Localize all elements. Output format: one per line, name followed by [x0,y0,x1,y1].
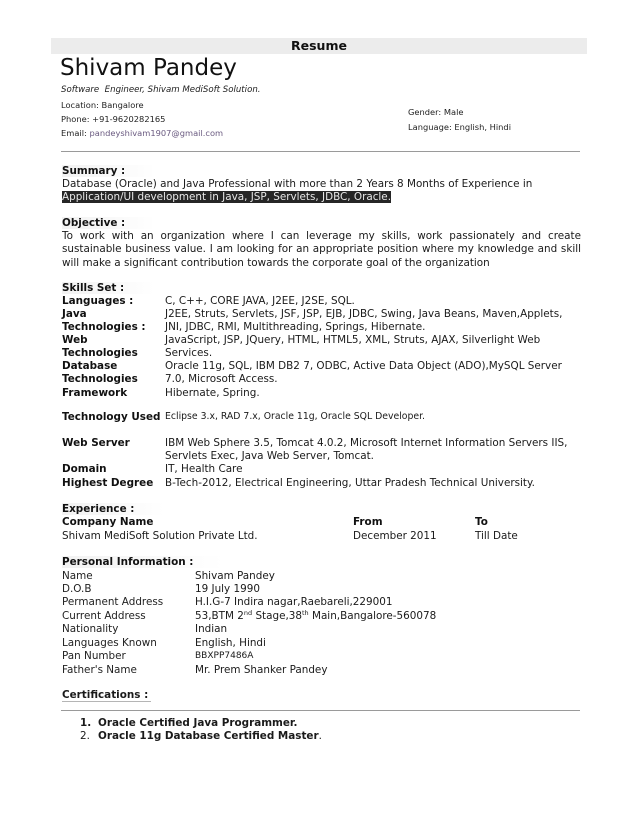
personal-label: Permanent Address [62,596,163,609]
gender-value: Male [444,107,464,117]
phone-value: +91-9620282165 [92,114,165,124]
language-value: English, Hindi [454,122,511,132]
experience-heading: Experience : [62,503,164,515]
experience-to: Till Date [475,530,518,542]
certification-text: Oracle 11g Database Certified Master [98,730,319,742]
personal-row-current-address: Current Address 53,BTM 2nd Stage,38th Ma… [62,610,582,623]
resume-title: Resume [51,38,587,54]
summary-heading: Summary : [62,165,155,177]
personal-row-name: Name Shivam Pandey [62,570,582,583]
personal-row-languages: Languages Known English, Hindi [62,637,582,650]
personal-value: 53,BTM 2nd Stage,38th Main,Bangalore-560… [195,610,436,623]
personal-label: Pan Number [62,650,126,663]
email-label: Email: [61,128,87,138]
ordinal-suffix: th [302,609,309,617]
location-label: Location: [61,100,99,110]
skill-value: Hibernate, Spring. [165,387,580,400]
objective-heading: Objective : [62,217,155,229]
skill-label: Java Technologies : [62,308,162,334]
personal-label: Name [62,570,93,583]
gender-line: Gender: Male [408,107,464,117]
personal-row-permanent-address: Permanent Address H.I.G-7 Indira nagar,R… [62,596,582,609]
skill-label: Technology Used [62,411,162,424]
personal-value: Indian [195,623,227,636]
personal-value: H.I.G-7 Indira nagar,Raebareli,229001 [195,596,392,609]
personal-info-heading: Personal Information : [62,556,223,568]
personal-value: Mr. Prem Shanker Pandey [195,664,327,677]
personal-label: Father's Name [62,664,137,677]
skills-heading: Skills Set : [62,282,154,294]
address-part: 53,BTM 2 [195,610,244,622]
personal-label: Nationality [62,623,118,636]
email-link[interactable]: pandeyshivam1907@gmail.com [89,128,223,138]
skill-value: IT, Health Care [165,463,580,476]
skill-label: Web Server [62,437,167,450]
certification-number: 2. [80,730,98,743]
language-label: Language: [408,122,452,132]
certifications-heading: Certifications : [62,689,151,702]
certification-suffix: . [319,730,322,742]
email-line: Email: pandeyshivam1907@gmail.com [61,128,223,138]
certification-item: 1.Oracle Certified Java Programmer. [80,717,322,730]
personal-value: 19 July 1990 [195,583,260,596]
skill-value: IBM Web Sphere 3.5, Tomcat 4.0.2, Micros… [165,437,580,463]
skill-value: B-Tech-2012, Electrical Engineering, Utt… [165,477,580,490]
skill-value: J2EE, Struts, Servlets, JSF, JSP, EJB, J… [165,308,580,334]
job-subtitle: Software Engineer, Shivam MediSoft Solut… [61,85,261,95]
skill-label: Framework [62,387,162,400]
certification-item: 2.Oracle 11g Database Certified Master. [80,730,322,743]
skill-label: Languages : [62,295,162,308]
candidate-name: Shivam Pandey [60,55,237,81]
personal-row-pan: Pan Number BBXPP7486A [62,650,582,663]
personal-label: Languages Known [62,637,157,650]
personal-row-dob: D.O.B 19 July 1990 [62,583,582,596]
summary-text: Database (Oracle) and Java Professional … [62,178,581,205]
ordinal-suffix: nd [244,609,252,617]
skill-value: Oracle 11g, SQL, IBM DB2 7, ODBC, Active… [165,360,580,386]
address-part: Stage,38 [252,610,302,622]
skill-value: JavaScript, JSP, JQuery, HTML, HTML5, XM… [165,334,580,360]
experience-col-from: From [353,516,383,528]
personal-row-nationality: Nationality Indian [62,623,582,636]
skill-label: Web Technologies [62,334,162,360]
certifications-list: 1.Oracle Certified Java Programmer. 2.Or… [80,717,322,744]
skill-value: C, C++, CORE JAVA, J2EE, J2SE, SQL. [165,295,580,308]
address-part: Main,Bangalore-560078 [309,610,437,622]
personal-row-father: Father's Name Mr. Prem Shanker Pandey [62,664,582,677]
header-divider [61,151,580,152]
personal-label: Current Address [62,610,146,623]
phone-line: Phone: +91-9620282165 [61,114,165,124]
resume-page: Resume Shivam Pandey Software Engineer, … [0,0,638,826]
experience-from: December 2011 [353,530,437,542]
location-line: Location: Bangalore [61,100,144,110]
skill-label: Domain [62,463,162,476]
certification-number: 1. [80,717,98,730]
summary-line-1: Database (Oracle) and Java Professional … [62,178,581,191]
certification-text: Oracle Certified Java Programmer. [98,717,298,729]
gender-label: Gender: [408,107,441,117]
experience-company: Shivam MediSoft Solution Private Ltd. [62,530,258,542]
personal-value: Shivam Pandey [195,570,275,583]
experience-col-to: To [475,516,488,528]
skill-label: Highest Degree [62,477,172,490]
language-line: Language: English, Hindi [408,122,511,132]
personal-label: D.O.B [62,583,92,596]
personal-value: English, Hindi [195,637,266,650]
objective-text: To work with an organization where I can… [62,230,581,270]
location-value: Bangalore [102,100,144,110]
summary-line-2-selected: Application/UI development in Java, JSP,… [62,191,391,203]
certifications-divider [61,710,580,711]
phone-label: Phone: [61,114,90,124]
personal-value: BBXPP7486A [195,650,253,663]
skill-value: Eclipse 3.x, RAD 7.x, Oracle 11g, Oracle… [165,411,580,424]
experience-col-company: Company Name [62,516,153,528]
skill-label: Database Technologies [62,360,162,386]
